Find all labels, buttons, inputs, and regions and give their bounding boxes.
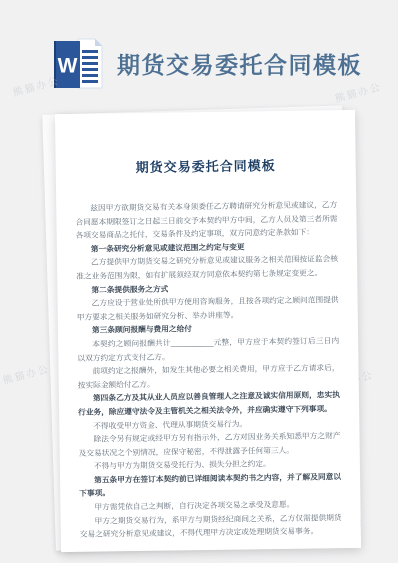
word-file-icon: W <box>52 36 104 93</box>
doc-paragraph: 兹因甲方欲期货交易有关本身须委任乙方聘请研究分析意见或建议，乙方合同愿本期限签订… <box>75 198 338 242</box>
doc-clause-heading: 第五条甲方在签订本契约前已详细阅读本契约书之内容，并了解及同意以下事项。 <box>79 470 341 501</box>
doc-paragraph: 前项约定之报酬外，如发生其他必要之相关费用，甲方应于乙方请求后，按实际金额给付乙… <box>77 361 339 392</box>
doc-paragraph: 乙方应设于营业处所供甲方使用咨询服务，且按各项约定之顾问范围提供甲方要求之相关服… <box>77 293 339 324</box>
word-icon-letter: W <box>58 55 78 78</box>
doc-paragraph: 除法令另有规定或经甲方另有指示外，乙方对因业务关系知悉甲方之财产及交易状况之个别… <box>78 429 340 460</box>
document-preview-page[interactable]: 期货交易委托合同模板 兹因甲方欲期货交易有关本身须委任乙方聘请研究分析意见或建议… <box>55 110 361 552</box>
doc-paragraph: 甲方之期货交易行为，系甲方与期货经纪商间之关系，乙方仅需提供期货交易之研究分析意… <box>80 511 342 542</box>
document-body: 兹因甲方欲期货交易有关本身须委任乙方聘请研究分析意见或建议，乙方合同愿本期限签订… <box>75 198 342 541</box>
doc-clause-heading: 第四条乙方及其从业人员应以善良管理人之注意及诚实信用原则，忠实执行业务，除应遵守… <box>78 388 340 419</box>
document-title: 期货交易委托合同模板 <box>75 154 337 177</box>
doc-paragraph: 乙方提供甲方期货交易之研究分析意见或建议服务之相关范围按证监会核准之业务范围为限… <box>76 253 338 284</box>
word-icon-graphic: W <box>52 36 104 93</box>
listing-header: W 期货交易委托合同模板 <box>0 0 398 108</box>
page-background: W 期货交易委托合同模板 熊猫办公 熊猫办公 熊猫办公 熊猫办公 熊猫办公 熊猫… <box>0 0 398 563</box>
watermark: 熊猫办公 <box>1 360 51 387</box>
template-title: 期货交易委托合同模板 <box>117 47 362 80</box>
doc-paragraph: 本契约之顾问报酬共计__________元整，甲方应于本契约签订后三日内以双方约… <box>77 334 339 365</box>
